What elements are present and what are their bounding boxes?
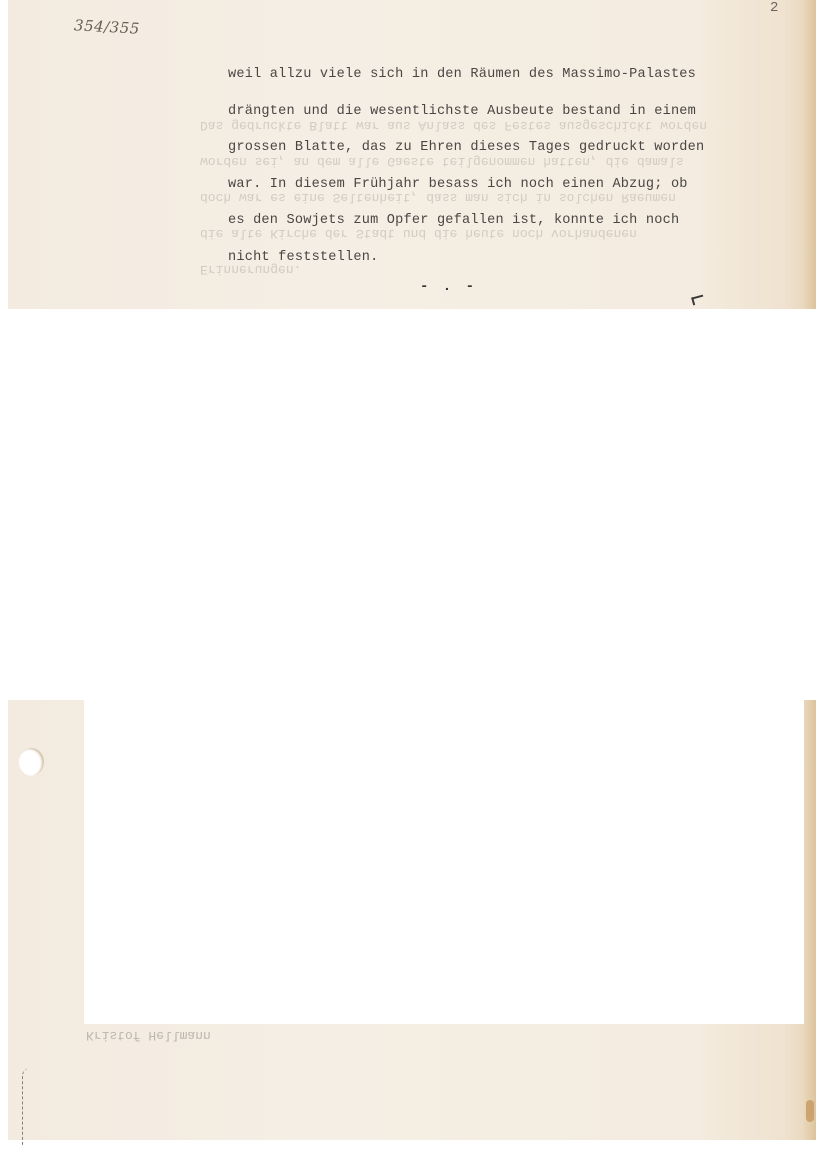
- pencil-bracket-mark: [22, 1068, 37, 1146]
- text-line: war. In diesem Frühjahr besass ich noch …: [228, 173, 818, 210]
- paper-stain: [806, 1100, 814, 1122]
- show-through-signature: Kristof Hellmann: [86, 1028, 211, 1043]
- page-number: 2: [770, 0, 778, 16]
- redacted-region: [8, 309, 816, 700]
- section-divider: - . -: [420, 279, 477, 295]
- punch-hole: [19, 748, 44, 776]
- text-line: es den Sowjets zum Opfer gefallen ist, k…: [228, 209, 818, 246]
- text-line: nicht feststellen.: [228, 246, 818, 283]
- text-line: drängten und die wesentlichste Ausbeute …: [228, 100, 818, 137]
- handwritten-shelfmark: 354/355: [74, 16, 141, 37]
- text-line: weil allzu viele sich in den Räumen des …: [228, 63, 818, 100]
- typed-body: weil allzu viele sich in den Räumen des …: [228, 63, 818, 283]
- redacted-region: [84, 700, 804, 1024]
- text-line: grossen Blatte, das zu Ehren dieses Tage…: [228, 136, 818, 173]
